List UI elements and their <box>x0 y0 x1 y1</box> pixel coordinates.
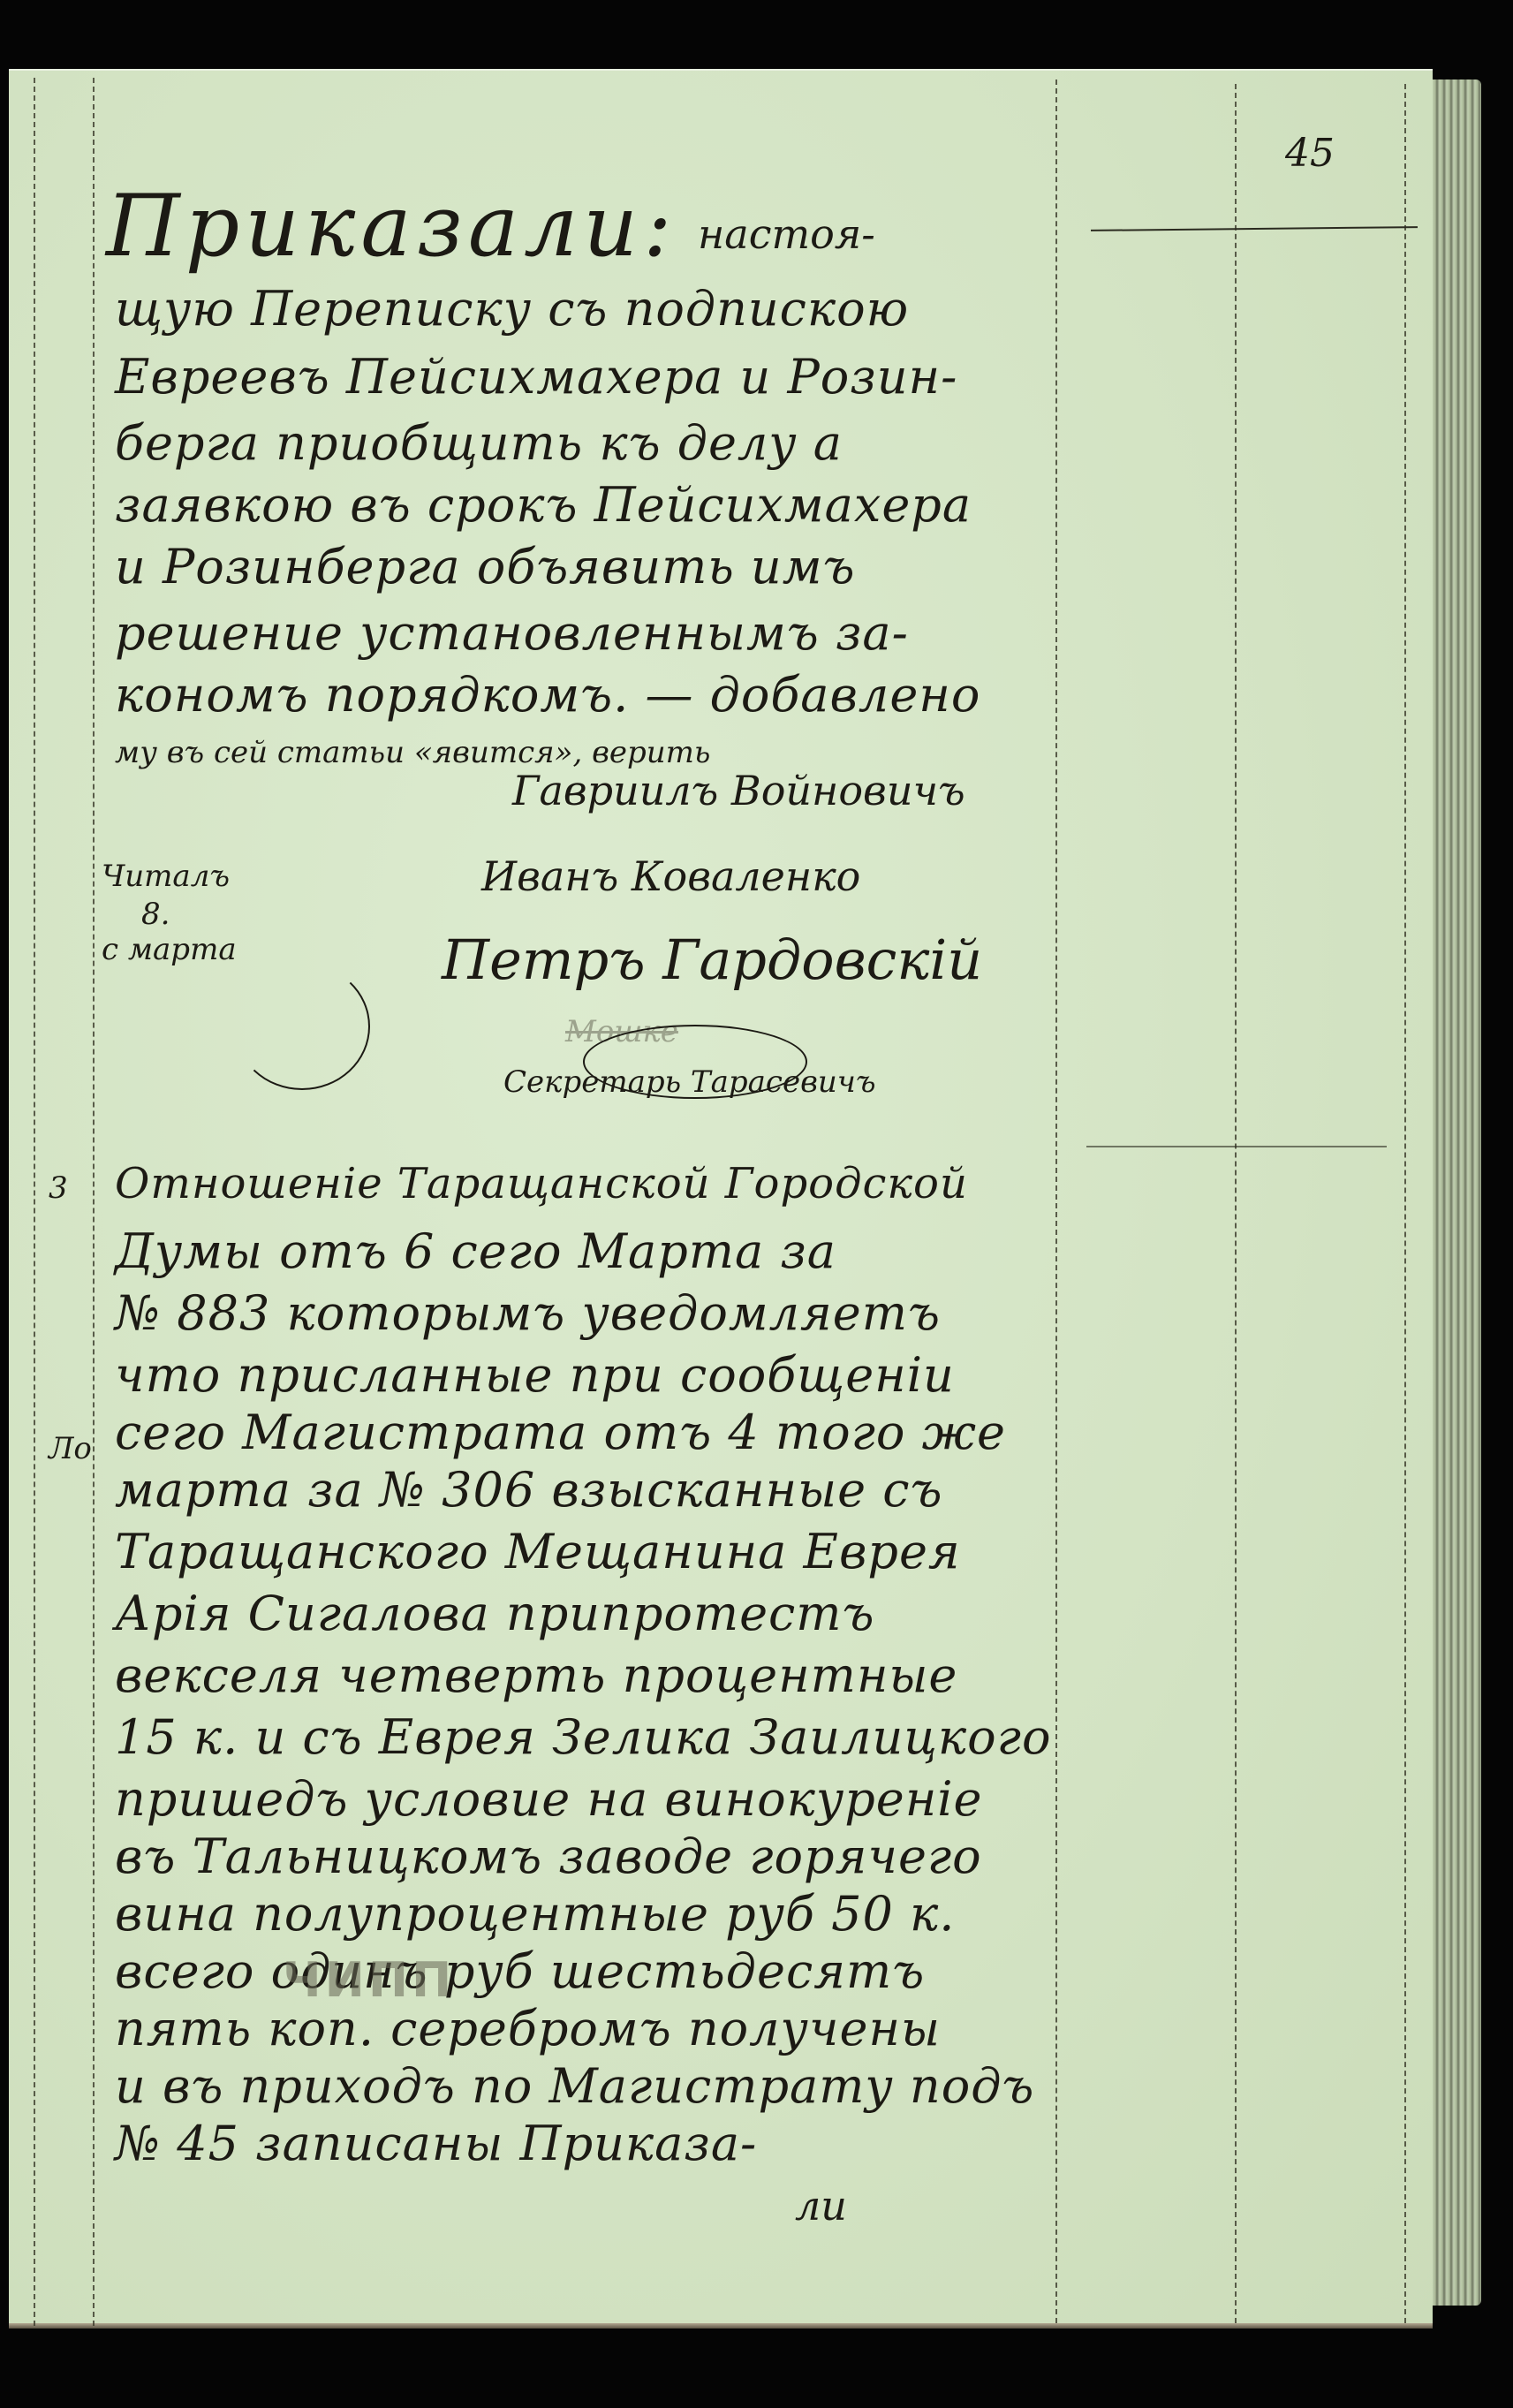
column-rule-left-margin <box>34 78 35 2326</box>
column-rule-text-start <box>93 78 95 2326</box>
entry-2-margin-note: Ло <box>49 1431 92 1466</box>
page-number: 45 <box>1285 131 1335 176</box>
entry-2-line: векселя четверть процентные <box>115 1647 957 1703</box>
ink-stamp: ЧИПП <box>283 1952 455 2008</box>
entry-2-line: Таращанского Мещанина Еврея <box>115 1524 961 1579</box>
entry-1-line: и Розинберга объявить имъ <box>115 539 855 594</box>
entry-1-line: берга приобщить къ делу а <box>115 415 843 471</box>
entry-1-line: решение установленнымъ за- <box>115 605 909 661</box>
entry-2-closing: ли <box>795 2182 847 2230</box>
entry-2-line: сего Магистрата отъ 4 того же <box>115 1405 1006 1460</box>
entry-2-line: Арія Сигалова припротестъ <box>115 1586 875 1641</box>
entry-1-line: заявкою въ срокъ Пейсихмахера <box>115 477 972 533</box>
entry-2-line: что присланные при сообщеніи <box>115 1347 955 1403</box>
entry-2-line: № 883 которымъ уведомляетъ <box>115 1285 941 1341</box>
entry-2-number: 3 <box>49 1170 68 1206</box>
signature-3: Петръ Гардовскій <box>442 928 982 992</box>
entry-2-line: въ Тальницкомъ заводе горячего <box>115 1829 982 1884</box>
entry-1-heading: Приказали: <box>106 177 677 276</box>
entry-2-line: марта за № 306 взысканные съ <box>115 1462 942 1518</box>
signature-2: Иванъ Коваленко <box>481 852 860 900</box>
margin-note-line: с марта <box>102 932 237 967</box>
entry-1-line: Евреевъ Пейсихмахера и Розин- <box>115 349 957 405</box>
signature-flourish <box>583 1025 807 1099</box>
entry-2-line: 15 к. и съ Еврея Зелика Заилицкого <box>115 1709 1051 1765</box>
entry-2-line: пять коп. серебромъ получены <box>115 2001 941 2056</box>
entry-2-line: № 45 записаны Приказа- <box>115 2116 757 2171</box>
entry-2-line: и въ приходъ по Магистрату подъ <box>115 2058 1034 2114</box>
entry-1-line: настоя- <box>698 210 875 258</box>
entry-2-line: вина полупроцентные руб 50 к. <box>115 1886 955 1942</box>
entry-1-line: кономъ порядкомъ. — добавлено <box>115 667 980 723</box>
column-rule-right-2 <box>1404 84 1406 2323</box>
entry-2-line: пришедъ условие на винокуреніе <box>115 1771 983 1827</box>
margin-note-line: Читалъ <box>102 859 230 894</box>
entry-2-line: Отношеніе Таращанской Городской <box>115 1159 968 1208</box>
margin-flourish <box>234 963 370 1090</box>
entry-divider-middle <box>1086 1146 1387 1147</box>
column-rule-text-end <box>1055 80 1057 2323</box>
page-stack-edge <box>1433 80 1481 2306</box>
margin-note-line: 8. <box>141 897 170 932</box>
entry-2-line: всего одинъ руб шестьдесятъ <box>115 1943 925 1999</box>
page-bottom-edge <box>9 2323 1433 2328</box>
entry-2-line: Думы отъ 6 сего Марта за <box>115 1223 836 1279</box>
signature-1: Гавриилъ Войновичъ <box>512 767 965 814</box>
entry-1-line: щую Переписку съ подпискою <box>115 281 909 337</box>
column-rule-right-1 <box>1235 84 1237 2323</box>
entry-1-annotation-line: му въ сей статьи «явится», верить <box>115 735 710 770</box>
